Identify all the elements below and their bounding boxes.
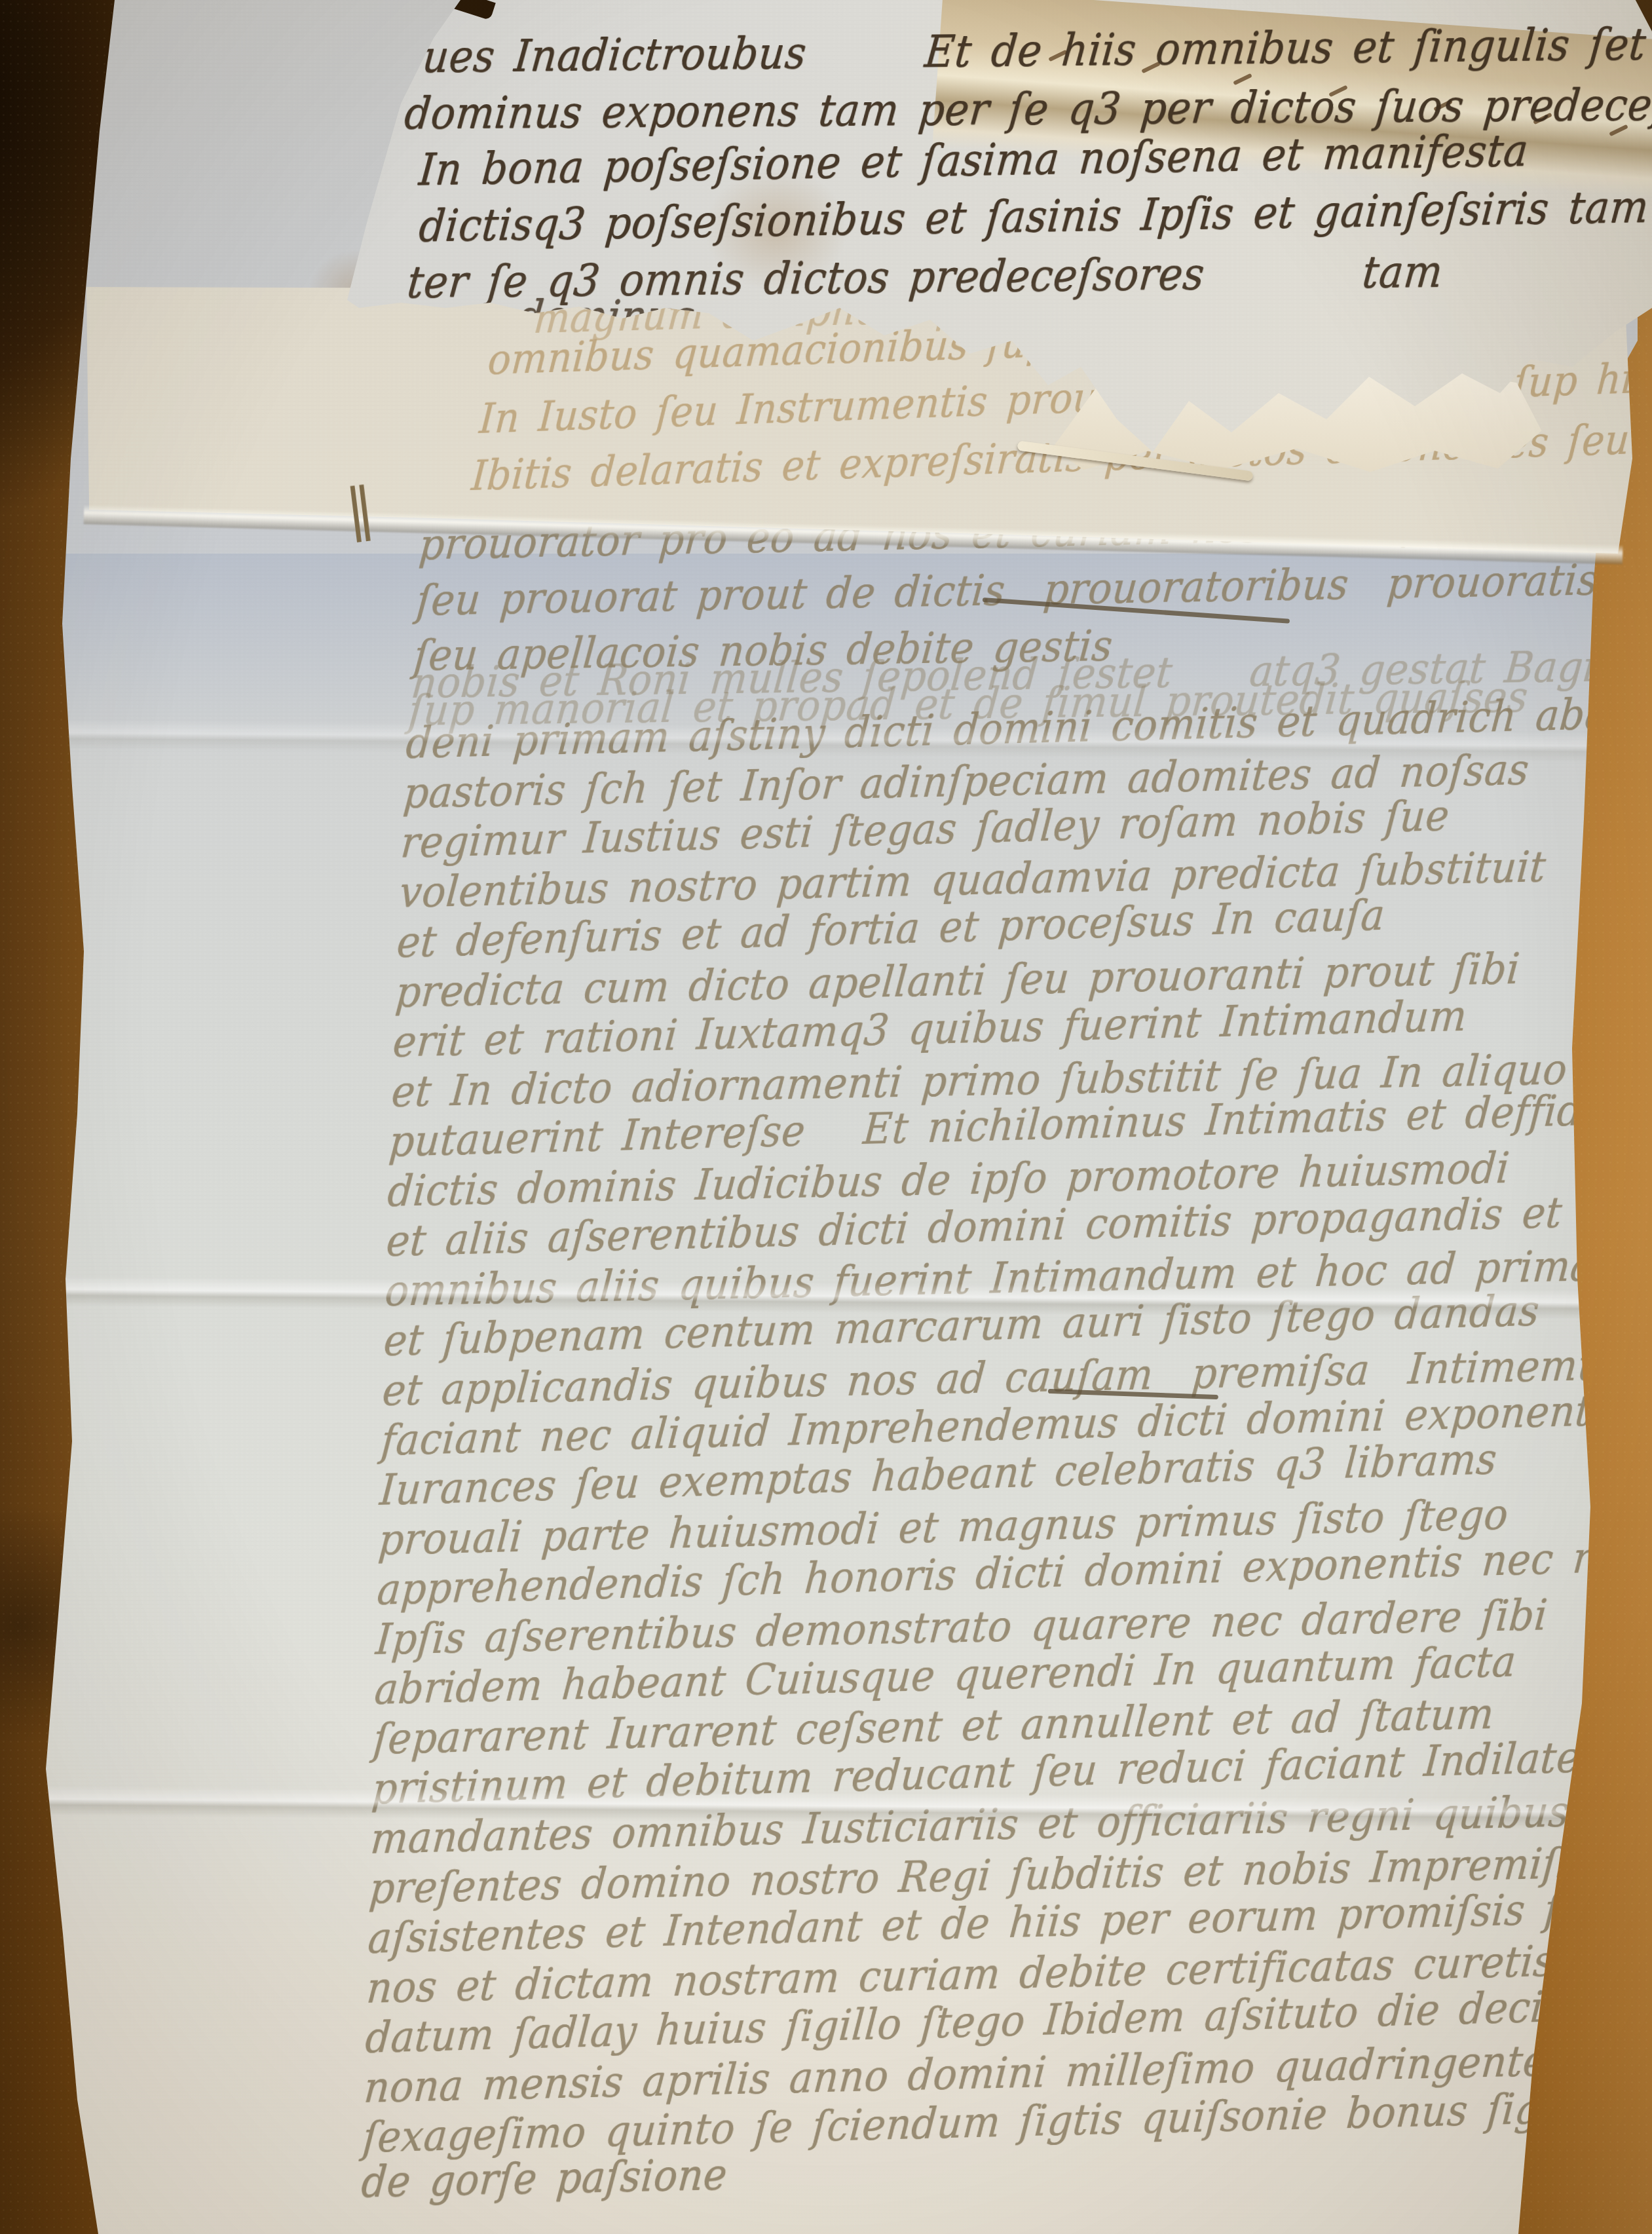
- manuscript-line: de gorſe paſsione: [360, 2149, 729, 2206]
- manuscript-photograph: prouorator pro eo ad nos et curiam nostr…: [0, 0, 1652, 2234]
- manuscript-line: ſues Inadictroubus Et de hiis omnibus et…: [405, 17, 1652, 83]
